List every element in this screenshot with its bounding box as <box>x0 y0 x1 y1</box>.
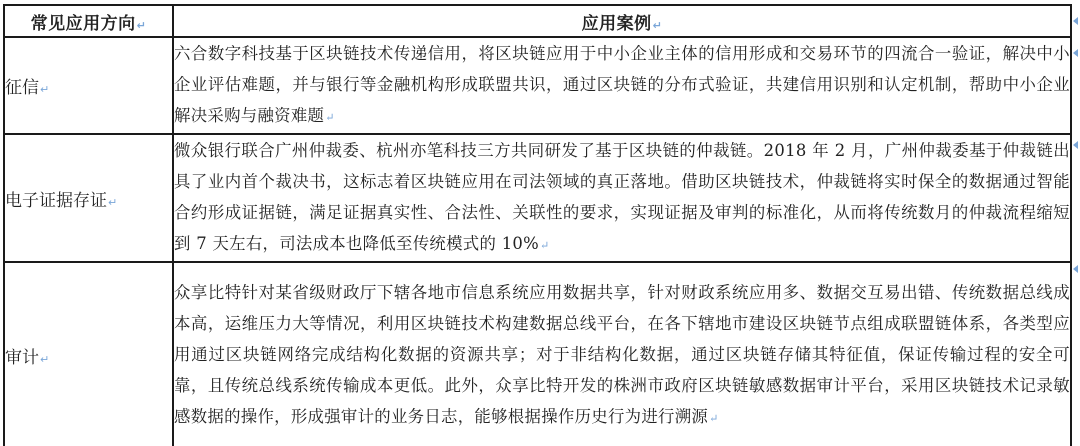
table-row: 征信↵ 六合数字科技基于区块链技术传递信用，将区块链应用于中小企业主体的信用形成… <box>4 37 1071 134</box>
application-cases-table: 常见应用方向↵ 应用案例↵ 征信↵ 六合数字科技基于区块链技术传递信用，将区块链… <box>3 4 1072 446</box>
row-end-marker-icon <box>1073 141 1078 149</box>
paragraph-mark-icon: ↵ <box>709 412 719 425</box>
row-end-marker-icon <box>1073 49 1078 57</box>
table-row: 电子证据存证↵ 微众银行联合广州仲裁委、杭州亦笔科技三方共同研发了基于区块链的仲… <box>4 134 1071 262</box>
direction-cell: 审计↵ <box>4 262 173 446</box>
paragraph-mark-icon: ↵ <box>108 196 117 209</box>
paragraph-mark-icon: ↵ <box>540 239 550 252</box>
case-cell: 六合数字科技基于区块链技术传递信用，将区块链应用于中小企业主体的信用形成和交易环… <box>173 37 1071 134</box>
paragraph-mark-icon: ↵ <box>137 19 147 32</box>
direction-cell: 电子证据存证↵ <box>4 134 173 262</box>
row-end-marker-icon <box>1073 17 1078 25</box>
paragraph-mark-icon: ↵ <box>40 83 49 96</box>
paragraph-mark-icon: ↵ <box>325 111 335 124</box>
header-direction: 常见应用方向↵ <box>4 5 173 37</box>
direction-cell: 征信↵ <box>4 37 173 134</box>
paragraph-mark-icon: ↵ <box>653 19 663 32</box>
case-cell: 微众银行联合广州仲裁委、杭州亦笔科技三方共同研发了基于区块链的仲裁链。2018 … <box>173 134 1071 262</box>
case-cell: 众享比特针对某省级财政厅下辖各地市信息系统应用数据共享，针对财政系统应用多、数据… <box>173 262 1071 446</box>
paragraph-mark-icon: ↵ <box>40 353 49 366</box>
table-header-row: 常见应用方向↵ 应用案例↵ <box>4 5 1071 37</box>
table-row: 审计↵ 众享比特针对某省级财政厅下辖各地市信息系统应用数据共享，针对财政系统应用… <box>4 262 1071 446</box>
header-case: 应用案例↵ <box>173 5 1071 37</box>
row-end-marker-icon <box>1073 265 1078 273</box>
